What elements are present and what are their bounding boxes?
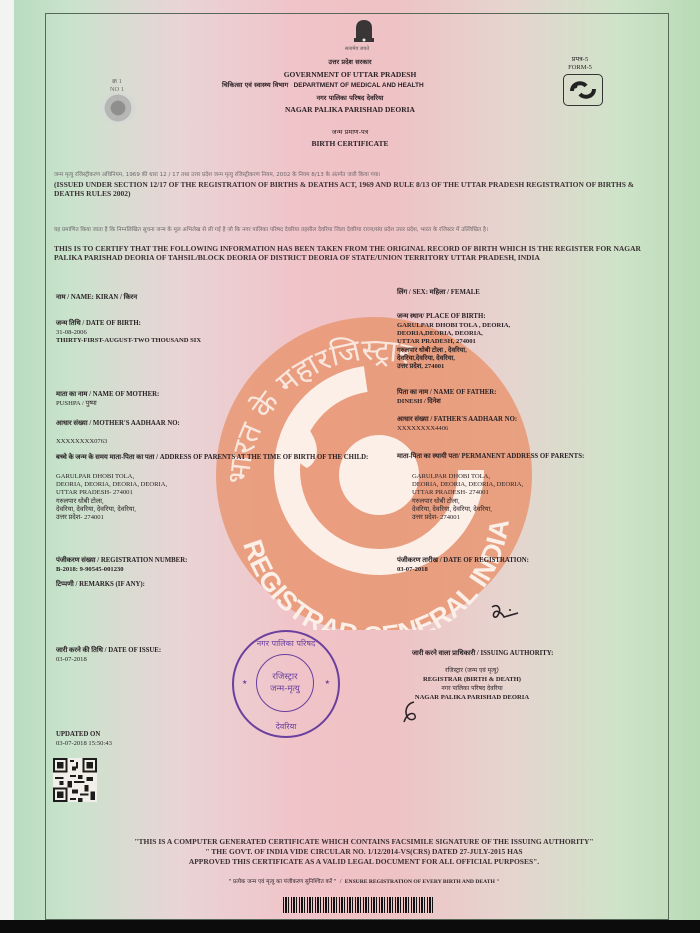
sex-field: लिंग / SEX: महिला / FEMALE (397, 289, 657, 298)
certificate-border (45, 13, 669, 920)
certificate-title-hi: जन्म प्रमाण-पत्र (200, 128, 500, 137)
department-en: DEPARTMENT OF MEDICAL AND HEALTH (294, 82, 424, 89)
remarks-label: टिप्पणी / REMARKS (IF ANY): (56, 581, 356, 590)
birth-certificate-sheet: भारत के महारजिस्ट्रार REGISTRAR GENERAL … (14, 0, 700, 922)
registration-date-label: पंजीकरण तारीख / DATE OF REGISTRATION: (397, 557, 657, 566)
department-line: चिकित्सा एवं स्वास्थ्य विभाग DEPARTMENT … (222, 81, 542, 90)
father-aadhaar-value: XXXXXXXX4406 (397, 425, 448, 433)
stamp-top-text: नगर पालिका परिषद (234, 638, 338, 649)
dob-words: THIRTY-FIRST-AUGUST-TWO THOUSAND SIX (56, 337, 356, 345)
form-number-en: FORM-5 (560, 64, 600, 72)
emblem-motto: सत्यमेव जयते (314, 46, 400, 52)
slogan-en: ENSURE REGISTRATION OF EVERY BIRTH AND D… (345, 879, 500, 885)
left-code-hi: क्र 1 (102, 78, 132, 86)
father-name-value: DINESH / दिनेश (397, 398, 441, 406)
name-label: नाम / NAME: (56, 294, 94, 301)
form-number-hi: प्रपत्र-5 (560, 56, 600, 64)
footer-note-2: " THE GOVT. OF INDIA VIDE CIRCULAR NO. 1… (74, 847, 654, 856)
place-of-birth-label: जन्म स्थान/ PLACE OF BIRTH: (397, 313, 657, 322)
crs-logo-icon (563, 74, 603, 106)
name-field: नाम / NAME: KIRAN / किरन (56, 294, 356, 303)
ashoka-emblem-icon (350, 16, 378, 46)
authority-office-hi: नगर पालिका परिषद देवरिया (392, 685, 552, 693)
father-name-label: पिता का नाम / NAME OF FATHER: (397, 389, 657, 398)
updated-on-label: UPDATED ON (56, 731, 100, 740)
initials-signature (400, 700, 422, 726)
certificate-title-en: BIRTH CERTIFICATE (200, 139, 500, 148)
department-hi: चिकित्सा एवं स्वास्थ्य विभाग (222, 81, 288, 89)
certificate-barcode (283, 897, 433, 913)
permanent-address-label: माता-पिता का स्थायी पता/ PERMANENT ADDRE… (397, 453, 667, 462)
issued-under-en: (ISSUED UNDER SECTION 12/17 OF THE REGIS… (54, 180, 666, 198)
address-at-birth-value: GARULPAR DHOBI TOLA, DEORIA, DEORIA, DEO… (56, 473, 256, 522)
registrar-signature (488, 601, 524, 625)
background-edge (0, 0, 14, 933)
father-aadhaar-label: आधार संख्या / FATHER'S AADHAAR NO: (397, 416, 657, 425)
up-govt-emblem-icon (100, 92, 136, 124)
registration-number-value: B-2018: 9-90545-001230 (56, 566, 124, 574)
registrar-seal-stamp: नगर पालिका परिषद रजिस्ट्रार जन्म-मृत्यु … (232, 630, 340, 738)
footer-note-1: "THIS IS A COMPUTER GENERATED CERTIFICAT… (74, 837, 654, 846)
footer-note-3: APPROVED THIS CERTIFICATE AS A VALID LEG… (74, 857, 654, 866)
sex-label: लिंग / SEX: (397, 289, 428, 296)
stamp-line1: रजिस्ट्रार (272, 671, 297, 683)
address-at-birth-label: बच्चे के जन्म के समय माता-पिता का पता / … (56, 454, 396, 463)
issue-date-value: 03-07-2018 (56, 656, 87, 664)
registration-date-value: 03-07-2018 (397, 566, 428, 574)
permanent-address-value: GARULPAR DHOBI TOLA, DEORIA, DEORIA, DEO… (412, 473, 652, 522)
updated-on-value: 03-07-2018 15:50:43 (56, 740, 112, 748)
registration-number-label: पंजीकरण संख्या / REGISTRATION NUMBER: (56, 557, 356, 566)
issuing-authority-label: जारी करने वाला प्राधिकारी / ISSUING AUTH… (412, 650, 672, 659)
sex-value: महिला / FEMALE (430, 289, 480, 296)
issued-under-hi: जन्म मृत्यु रजिस्ट्रीकरण अधिनियम, 1969 क… (54, 171, 664, 179)
place-of-birth-value: GARULPAR DHOBI TOLA , DEORIA, DEORIA,DEO… (397, 322, 657, 371)
name-value: KIRAN / किरन (96, 294, 137, 301)
stamp-star-icon: ★ (325, 679, 330, 686)
authority-title-en: REGISTRAR (BIRTH & DEATH) (392, 676, 552, 684)
municipal-body-en: NAGAR PALIKA PARISHAD DEORIA (200, 105, 500, 114)
stamp-bottom-text: देवरिया (234, 721, 338, 732)
qr-code[interactable] (53, 758, 97, 802)
mother-aadhaar-label: आधार संख्या / MOTHER'S AADHAAR NO: (56, 420, 356, 429)
certify-en: THIS IS TO CERTIFY THAT THE FOLLOWING IN… (54, 244, 666, 262)
stamp-line2: जन्म-मृत्यु (270, 683, 300, 695)
dob-value: 31-08-2006 (56, 329, 87, 337)
authority-title-hi: रजिस्ट्रार (जन्म एवं मृत्यु) (392, 667, 552, 675)
municipal-body-hi: नगर पालिका परिषद देवरिया (200, 94, 500, 103)
govt-name-en: GOVERNMENT OF UTTAR PRADESH (200, 70, 500, 79)
stamp-center: रजिस्ट्रार जन्म-मृत्यु (256, 654, 314, 712)
govt-name-hi: उत्तर प्रदेश सरकार (200, 58, 500, 67)
mother-aadhaar-value: XXXXXXXX0763 (56, 438, 107, 446)
certify-hi: यह प्रमाणित किया जाता है कि निम्नलिखित स… (54, 226, 666, 234)
stamp-star-icon: ★ (242, 679, 247, 686)
mother-name-label: माता का नाम / NAME OF MOTHER: (56, 391, 356, 400)
dob-label: जन्म तिथि / DATE OF BIRTH: (56, 320, 356, 329)
footer-slogan: " प्रत्येक जन्म एवं मृत्यु का पंजीकरण सु… (74, 878, 654, 886)
mother-name-value: PUSHPA / पुष्पा (56, 400, 97, 408)
slogan-hi: " प्रत्येक जन्म एवं मृत्यु का पंजीकरण सु… (229, 879, 337, 885)
photo-bottom-edge (0, 920, 700, 933)
